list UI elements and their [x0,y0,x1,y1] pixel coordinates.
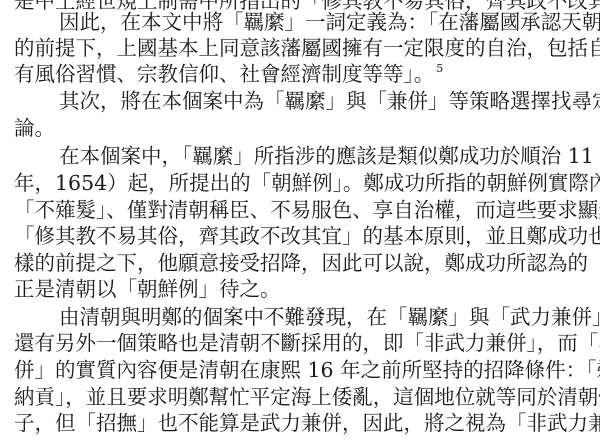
paragraph-1-line-2: 的前提下，上國基本上同意該藩屬國擁有一定限度的自治，包括自由任官、保 [14,35,594,61]
paragraph-3-line-1: 在本個案中，「羈縻」所指涉的應該是類似鄭成功於順治 11 年（永曆 8 [59,143,594,169]
paragraph-3-line-5: 樣的前提之下，他願意接受招降，因此可以說，鄭成功所認為的「羈縻」指的 [14,250,594,276]
paragraph-3-line-6: 正是清朝以「朝鮮例」待之。 [14,276,594,302]
document-page: 是中土經世規上制需中所指出的「修其教不易其俗，齊其政不改其宜」 因此，在本文中將… [0,0,600,440]
paragraph-2-line-2: 論。 [14,115,594,141]
paragraph-3-line-3: 「不薙髮」、僅對清朝稱臣、不易服色、享自治權，而這些要求顯然十分符合 [14,197,594,223]
paragraph-4-line-2: 還有另外一個策略也是清朝不斷採用的，即「非武力兼併」，而「非武力兼 [14,330,594,356]
paragraph-4-line-1: 由清朝與明鄭的個案中不難發現，在「羈縻」與「武力兼併」的選項之外 [59,304,594,330]
paragraph-1-line-3-text: 有風俗習慣、宗教信仰、社會經濟制度等等」。 [14,62,434,86]
paragraph-3-line-2: 年，1654）起，所提出的「朝鮮例」。鄭成功所指的朝鮮例實際內容大致是： [14,170,594,196]
paragraph-3-line-4: 「修其教不易其俗，齊其政不改其宜」的基本原則，並且鄭成功也指出，在這 [14,223,594,249]
paragraph-4-line-4: 納貢」，並且要求明鄭幫忙平定海上倭亂，這個地位就等同於清朝體制內的臣 [14,384,594,410]
footnote-marker[interactable]: 5 [436,62,443,75]
paragraph-1-line-1: 因此，在本文中將「羈縻」一詞定義為：「在藩屬國承認天朝上國的存在 [59,9,594,35]
paragraph-1-line-3: 有風俗習慣、宗教信仰、社會經濟制度等等」。5 [14,61,594,87]
paragraph-4-line-3: 併」的實質內容便是清朝在康熙 16 年之前所堅持的招降條件：「剃髮、稱臣、 [14,357,594,383]
paragraph-2-line-1: 其次，將在本個案中為「羈縻」與「兼併」等策略選擇找尋定位，以便討 [59,88,594,114]
paragraph-4-line-5: 子，但「招撫」也不能算是武力兼併，因此，將之視為「非武力兼併」。 [14,410,594,436]
